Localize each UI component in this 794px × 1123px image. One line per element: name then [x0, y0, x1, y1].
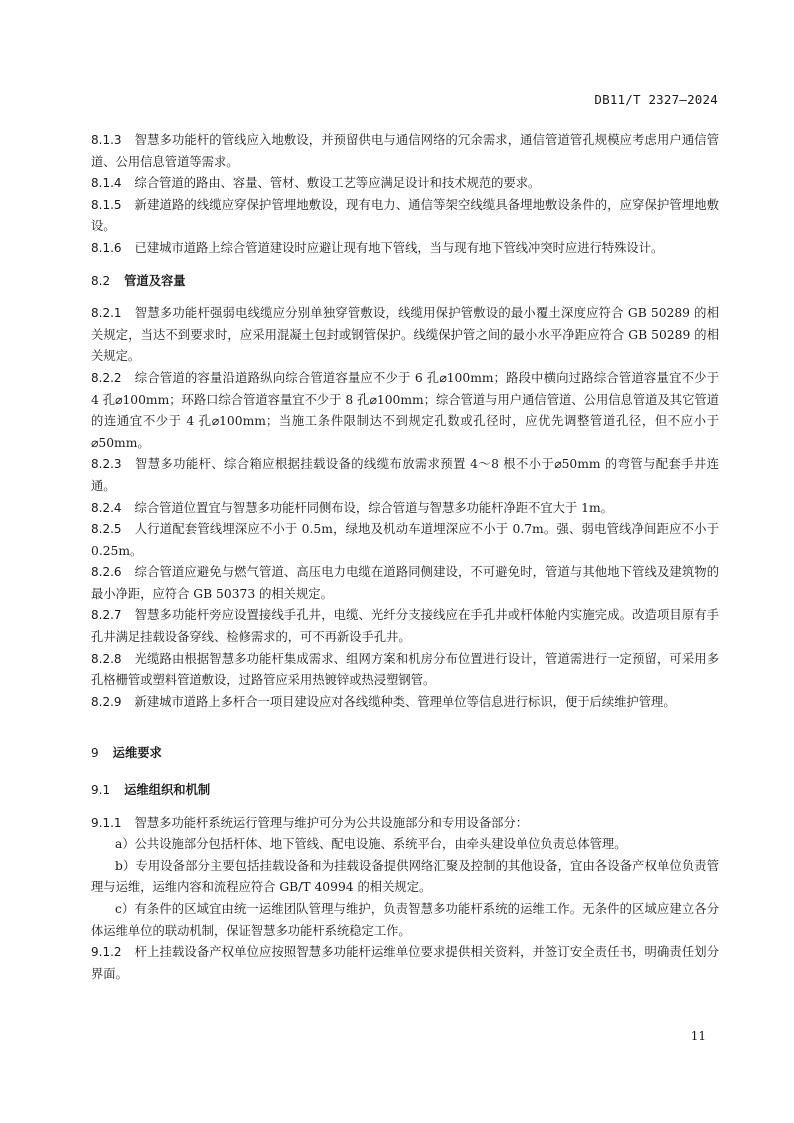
clause-8-2-9: 8.2.9新建城市道路上多杆合一项目建设应对各线缆种类、管理单位等信息进行标识，…: [91, 692, 719, 714]
clause-8-1-3: 8.1.3智慧多功能杆的管线应入地敷设，并预留供电与通信网络的冗余需求，通信管道…: [91, 130, 719, 173]
clause-8-1-5: 8.1.5新建道路的线缆应穿保护管埋地敷设，现有电力、通信等架空线缆具备埋地敷设…: [91, 195, 719, 238]
standard-code-header: DB11/T 2327—2024: [594, 92, 718, 107]
clause-8-2-2: 8.2.2综合管道的容量沿道路纵向综合管道容量应不少于 6 孔⌀100mm；路段…: [91, 368, 719, 454]
clause-8-1-4: 8.1.4综合管道的路由、容量、管材、敷设工艺等应满足设计和技术规范的要求。: [91, 173, 719, 195]
clause-number: 8.2.1: [91, 306, 122, 320]
document-body: 8.1.3智慧多功能杆的管线应入地敷设，并预留供电与通信网络的冗余需求，通信管道…: [91, 130, 719, 985]
clause-9-1-2: 9.1.2杆上挂载设备产权单位应按照智慧多功能杆运维单位要求提供相关资料，并签订…: [91, 942, 719, 985]
list-item-b: b）专用设备部分主要包括挂载设备和为挂载设备提供网络汇聚及控制的其他设备，宜由各…: [91, 856, 719, 899]
chapter-heading-9: 9运维要求: [91, 743, 719, 765]
clause-8-2-8: 8.2.8光缆路由根据智慧多功能杆集成需求、组网方案和机房分布位置进行设计，管道…: [91, 649, 719, 692]
section-title: 运维组织和机制: [124, 783, 210, 797]
clause-text: 智慧多功能杆系统运行管理与维护可分为公共设施部分和专用设备部分：: [135, 816, 529, 830]
page-number: 11: [691, 1029, 706, 1043]
section-title: 管道及容量: [124, 274, 186, 288]
clause-text: 综合管道的容量沿道路纵向综合管道容量应不少于 6 孔⌀100mm；路段中横向过路…: [91, 371, 719, 450]
clause-number: 8.2.4: [91, 501, 122, 515]
clause-number: 8.1.5: [91, 198, 122, 212]
clause-8-2-1: 8.2.1智慧多功能杆强弱电线缆应分别单独穿管敷设，线缆用保护管敷设的最小覆土深…: [91, 303, 719, 368]
section-heading-8-2: 8.2管道及容量: [91, 271, 719, 293]
clause-number: 8.2.9: [91, 695, 122, 709]
clause-number: 8.1.6: [91, 241, 122, 255]
clause-text: 新建城市道路上多杆合一项目建设应对各线缆种类、管理单位等信息进行标识，便于后续维…: [135, 695, 676, 709]
clause-text: 智慧多功能杆、综合箱应根据挂载设备的线缆布放需求预置 4～8 根不小于⌀50mm…: [91, 457, 719, 493]
clause-text: 新建道路的线缆应穿保护管埋地敷设，现有电力、通信等架空线缆具备埋地敷设条件的，应…: [91, 198, 719, 234]
clause-number: 9.1.1: [91, 816, 122, 830]
clause-9-1-1: 9.1.1智慧多功能杆系统运行管理与维护可分为公共设施部分和专用设备部分：: [91, 813, 719, 835]
clause-number: 8.2.8: [91, 652, 122, 666]
clause-number: 8.2.3: [91, 457, 122, 471]
clause-8-2-7: 8.2.7智慧多功能杆旁应设置接线手孔井，电缆、光纤分支接线应在手孔井或杆体舱内…: [91, 605, 719, 648]
clause-8-1-6: 8.1.6已建城市道路上综合管道建设时应避让现有地下管线，当与现有地下管线冲突时…: [91, 238, 719, 260]
clause-text: 综合管道的路由、容量、管材、敷设工艺等应满足设计和技术规范的要求。: [135, 176, 541, 190]
clause-text: 光缆路由根据智慧多功能杆集成需求、组网方案和机房分布位置进行设计，管道需进行一定…: [91, 652, 719, 688]
list-item-a: a）公共设施部分包括杆体、地下管线、配电设施、系统平台，由牵头建设单位负责总体管…: [91, 834, 719, 856]
clause-number: 8.2.2: [91, 371, 122, 385]
clause-8-2-3: 8.2.3智慧多功能杆、综合箱应根据挂载设备的线缆布放需求预置 4～8 根不小于…: [91, 454, 719, 497]
chapter-title: 运维要求: [113, 746, 162, 760]
clause-8-2-6: 8.2.6综合管道应避免与燃气管道、高压电力电缆在道路同侧建设，不可避免时，管道…: [91, 562, 719, 605]
clause-number: 9.1.2: [91, 945, 122, 959]
clause-number: 8.2.6: [91, 565, 122, 579]
clause-number: 8.1.4: [91, 176, 122, 190]
chapter-number: 9: [91, 746, 99, 760]
section-heading-9-1: 9.1运维组织和机制: [91, 780, 719, 802]
clause-text: 杆上挂载设备产权单位应按照智慧多功能杆运维单位要求提供相关资料，并签订安全责任书…: [91, 945, 719, 981]
clause-text: 智慧多功能杆强弱电线缆应分别单独穿管敷设，线缆用保护管敷设的最小覆土深度应符合 …: [91, 306, 719, 363]
section-number: 8.2: [91, 274, 110, 288]
clause-text: 已建城市道路上综合管道建设时应避让现有地下管线，当与现有地下管线冲突时应进行特殊…: [135, 241, 664, 255]
clause-8-2-5: 8.2.5人行道配套管线埋深应不小于 0.5m，绿地及机动车道埋深应不小于 0.…: [91, 519, 719, 562]
clause-8-2-4: 8.2.4综合管道位置宜与智慧多功能杆同侧布设，综合管道与智慧多功能杆净距不宜大…: [91, 498, 719, 520]
clause-text: 综合管道应避免与燃气管道、高压电力电缆在道路同侧建设，不可避免时，管道与其他地下…: [91, 565, 719, 601]
clause-number: 8.1.3: [91, 133, 122, 147]
clause-text: 综合管道位置宜与智慧多功能杆同侧布设，综合管道与智慧多功能杆净距不宜大于 1m。: [135, 501, 613, 515]
clause-number: 8.2.5: [91, 522, 122, 536]
clause-number: 8.2.7: [91, 608, 122, 622]
section-number: 9.1: [91, 783, 110, 797]
clause-text: 人行道配套管线埋深应不小于 0.5m，绿地及机动车道埋深应不小于 0.7m。强、…: [91, 522, 719, 558]
clause-text: 智慧多功能杆的管线应入地敷设，并预留供电与通信网络的冗余需求，通信管道管孔规模应…: [91, 133, 719, 169]
clause-text: 智慧多功能杆旁应设置接线手孔井，电缆、光纤分支接线应在手孔井或杆体舱内实施完成。…: [91, 608, 719, 644]
list-item-c: c）有条件的区域宜由统一运维团队管理与维护，负责智慧多功能杆系统的运维工作。无条…: [91, 899, 719, 942]
